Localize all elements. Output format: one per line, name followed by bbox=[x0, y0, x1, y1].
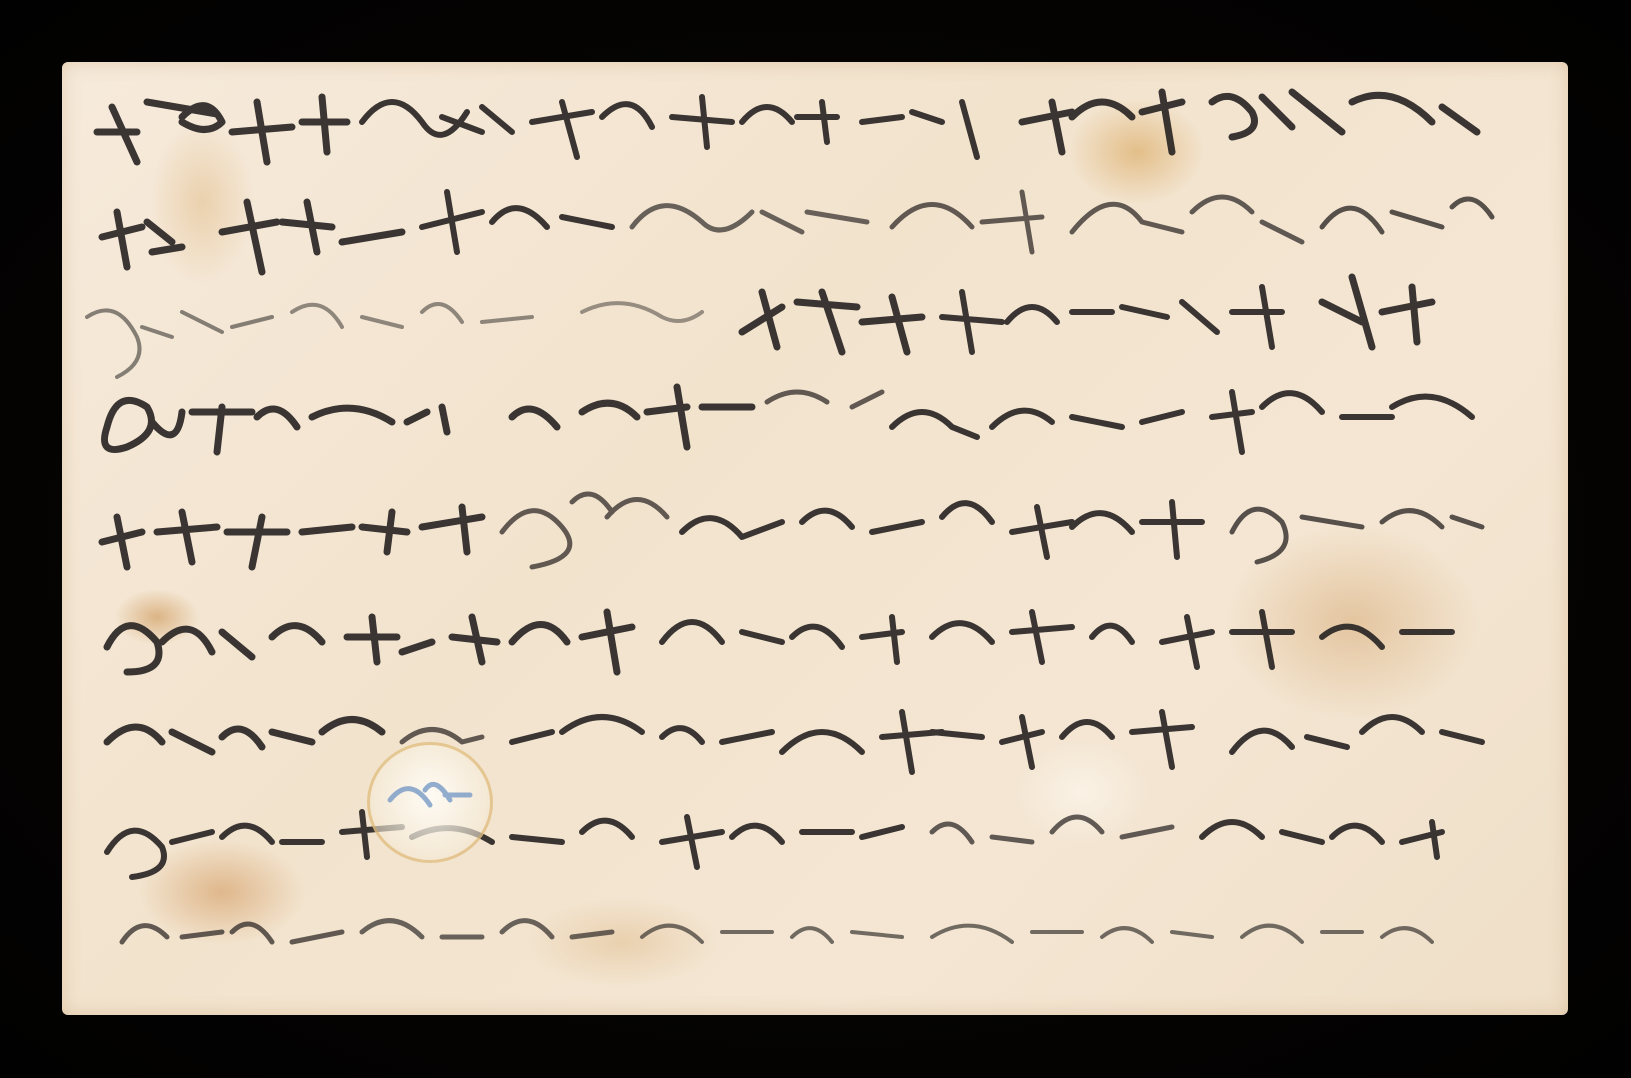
handwriting-strokes bbox=[62, 62, 1568, 1015]
seal-ink-icon bbox=[370, 745, 490, 860]
blue-seal-mark bbox=[367, 742, 493, 863]
postcard bbox=[62, 62, 1568, 1015]
